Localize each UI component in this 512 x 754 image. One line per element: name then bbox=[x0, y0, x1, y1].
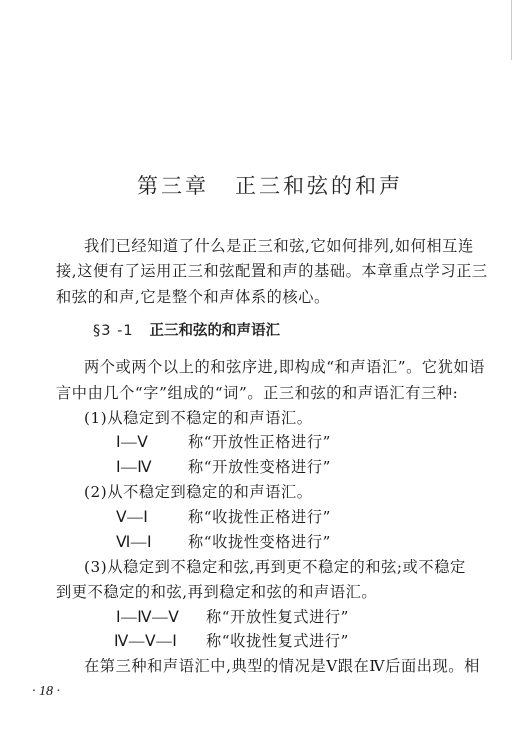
intro-line-3: 和弦的和声,它是整个和声体系的核心。 bbox=[56, 285, 330, 310]
section-para-line-1: 两个或两个以上的和弦序进,即构成“和声语汇”。它犹如语 bbox=[84, 355, 485, 380]
progression-name: 称“开放性变格进行” bbox=[188, 458, 331, 476]
page-number: · 18 · bbox=[32, 684, 60, 700]
section-number: §3 -1 bbox=[93, 323, 134, 339]
chord-progression: Ⅵ—Ⅰ bbox=[116, 530, 188, 555]
progression-name: 称“收拢性变格进行” bbox=[188, 533, 331, 551]
type-2-label: (2)从不稳定到稳定的和声语汇。 bbox=[84, 480, 313, 505]
progression-name: 称“收拢性复式进行” bbox=[206, 632, 349, 650]
section-para-line-2: 言中由几个“字”组成的“词”。正三和弦的和声语汇有三种: bbox=[56, 381, 458, 406]
type-3-label: (3)从稳定到不稳定和弦,再到更不稳定的和弦;或不稳定 bbox=[84, 555, 466, 580]
chapter-title: 第三章正三和弦的和声 bbox=[137, 170, 403, 200]
progression-row: Ⅴ—Ⅰ称“收拢性正格进行” bbox=[116, 505, 331, 530]
chapter-number: 第三章 bbox=[137, 174, 209, 198]
progression-row: Ⅳ—Ⅴ—Ⅰ称“收拢性复式进行” bbox=[114, 629, 349, 654]
chord-progression: Ⅰ—Ⅳ—Ⅴ bbox=[116, 605, 206, 630]
progression-row: Ⅵ—Ⅰ称“收拢性变格进行” bbox=[116, 530, 331, 555]
progression-row: Ⅰ—Ⅴ称“开放性正格进行” bbox=[116, 430, 331, 455]
section-title: 正三和弦的和声语汇 bbox=[150, 323, 281, 339]
type-1-label: (1)从稳定到不稳定的和声语汇。 bbox=[84, 406, 313, 431]
progression-name: 称“开放性复式进行” bbox=[206, 608, 349, 626]
chord-progression: Ⅴ—Ⅰ bbox=[116, 505, 188, 530]
type-3-continuation: 到更不稳定的和弦,再到稳定和弦的和声语汇。 bbox=[56, 580, 377, 605]
intro-line-2: 接,这便有了运用正三和弦配置和声的基础。本章重点学习正三 bbox=[56, 259, 488, 284]
chord-progression: Ⅰ—Ⅳ bbox=[116, 455, 188, 480]
intro-line-1: 我们已经知道了什么是正三和弦,它如何排列,如何相互连 bbox=[84, 234, 474, 259]
chord-progression: Ⅳ—Ⅴ—Ⅰ bbox=[114, 629, 206, 654]
progression-row: Ⅰ—Ⅳ—Ⅴ称“开放性复式进行” bbox=[116, 605, 349, 630]
progression-name: 称“收拢性正格进行” bbox=[188, 508, 331, 526]
chapter-name: 正三和弦的和声 bbox=[235, 174, 403, 198]
progression-name: 称“开放性正格进行” bbox=[188, 433, 331, 451]
closing-line: 在第三种和声语汇中,典型的情况是Ⅴ跟在Ⅳ后面出现。相 bbox=[84, 654, 480, 679]
section-heading: §3 -1正三和弦的和声语汇 bbox=[93, 319, 280, 340]
progression-row: Ⅰ—Ⅳ称“开放性变格进行” bbox=[116, 455, 331, 480]
chord-progression: Ⅰ—Ⅴ bbox=[116, 430, 188, 455]
